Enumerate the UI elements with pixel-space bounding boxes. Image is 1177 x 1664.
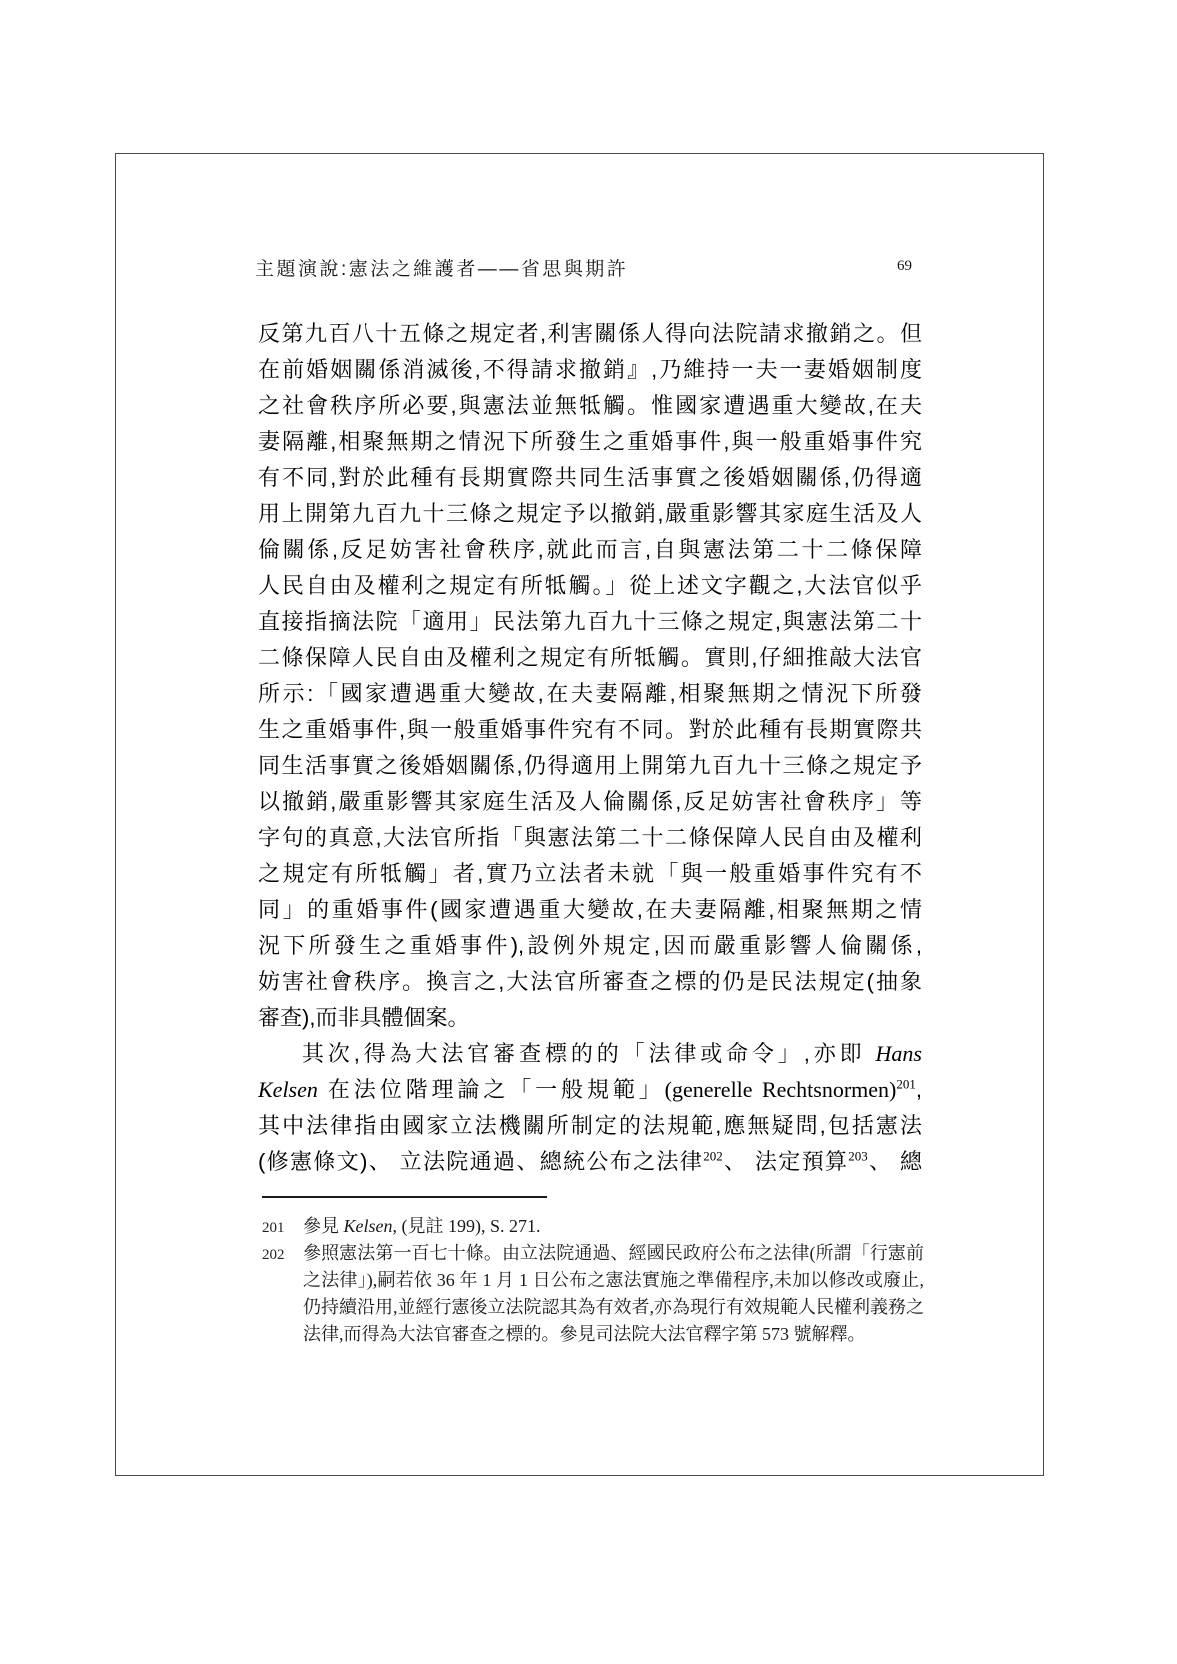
footnote-number: 201 bbox=[262, 1220, 303, 1237]
page-number: 69 bbox=[897, 258, 912, 275]
footnote-separator-rule bbox=[262, 1196, 547, 1198]
footnote-ref-202: 202 bbox=[703, 1149, 723, 1164]
footnote-ref-203: 203 bbox=[848, 1149, 868, 1164]
body-line: 同」的重婚事件(國家遭遇重大變故,在夫妻隔離,相聚無期之情 bbox=[258, 892, 922, 928]
footnote-number: 202 bbox=[262, 1247, 303, 1264]
body-line: 生之重婚事件,與一般重婚事件究有不同。對於此種有長期實際共 bbox=[258, 712, 922, 748]
body-line: 直接指摘法院「適用」民法第九百九十三條之規定,與憲法第二十 bbox=[258, 604, 922, 640]
body-line: 同生活事實之後婚姻關係,仍得適用上開第九百九十三條之規定予 bbox=[258, 748, 922, 784]
latin-name-kelsen: Kelsen bbox=[258, 1077, 318, 1102]
body-line: 在前婚姻關係消滅後,不得請求撤銷』,乃維持一夫一妻婚姻制度 bbox=[258, 352, 922, 388]
body-line: 況下所發生之重婚事件),設例外規定,因而嚴重影響人倫關係, bbox=[258, 928, 922, 964]
body-line: 妻隔離,相聚無期之情況下所發生之重婚事件,與一般重婚事件究 bbox=[258, 424, 922, 460]
body-line: 字句的真意,大法官所指「與憲法第二十二條保障人民自由及權利 bbox=[258, 820, 922, 856]
footnote-text-segment: , (見註 199), S. 271. bbox=[393, 1216, 541, 1236]
footnotes-block: 201 參見 Kelsen, (見註 199), S. 271. 202 參照憲… bbox=[262, 1213, 924, 1348]
footnote-201: 201 參見 Kelsen, (見註 199), S. 271. bbox=[262, 1213, 924, 1240]
body-line: 有不同,對於此種有長期實際共同生活事實之後婚姻關係,仍得適 bbox=[258, 460, 922, 496]
body-line: Kelsen 在法位階理論之「一般規範」(generelle Rechtsnor… bbox=[258, 1072, 922, 1108]
body-line: 以撤銷,嚴重影響其家庭生活及人倫關係,反足妨害社會秩序」等 bbox=[258, 784, 922, 820]
body-text-block: 反第九百八十五條之規定者,利害關係人得向法院請求撤銷之。但 在前婚姻關係消滅後,… bbox=[258, 316, 922, 1180]
body-line: (修憲條文)、 立法院通過、總統公布之法律202、 法定預算203、 總 bbox=[258, 1144, 922, 1180]
body-line-paragraph2-start: 其次,得為大法官審查標的的「法律或命令」,亦即 Hans bbox=[258, 1036, 922, 1072]
body-line: 其中法律指由國家立法機關所制定的法規範,應無疑問,包括憲法 bbox=[258, 1108, 922, 1144]
body-line: 人民自由及權利之規定有所牴觸。」從上述文字觀之,大法官似乎 bbox=[258, 568, 922, 604]
footnote-202: 202 參照憲法第一百七十條。由立法院通過、經國民政府公布之法律(所謂「行憲前之… bbox=[262, 1240, 924, 1348]
body-line: 之規定有所牴觸」者,實乃立法者未就「與一般重婚事件究有不 bbox=[258, 856, 922, 892]
body-line: 倫關係,反足妨害社會秩序,就此而言,自與憲法第二十二條保障 bbox=[258, 532, 922, 568]
body-text-segment: , bbox=[916, 1077, 922, 1102]
body-text-segment: 、 總 bbox=[868, 1149, 922, 1174]
footnote-ref-201: 201 bbox=[896, 1077, 916, 1092]
latin-term-generelle-rechtsnormen: (generelle Rechtsnormen) bbox=[665, 1077, 897, 1102]
body-text-segment: 在法位階理論之「一般規範」 bbox=[318, 1077, 665, 1102]
page-header-title: 主題演說:憲法之維護者——省思與期許 bbox=[255, 254, 628, 281]
body-text-segment: 其次,得為大法官審查標的的「法律或命令」,亦即 bbox=[302, 1041, 876, 1066]
footnote-text: 參見 Kelsen, (見註 199), S. 271. bbox=[303, 1213, 924, 1240]
latin-name-hans: Hans bbox=[876, 1041, 922, 1066]
body-line: 二條保障人民自由及權利之規定有所牴觸。實則,仔細推敲大法官 bbox=[258, 640, 922, 676]
body-line-paragraph-end: 審查),而非具體個案。 bbox=[258, 1000, 922, 1036]
body-line: 所示:「國家遭遇重大變故,在夫妻隔離,相聚無期之情況下所發 bbox=[258, 676, 922, 712]
footnote-text-segment: 參見 bbox=[303, 1216, 344, 1236]
body-line: 妨害社會秩序。換言之,大法官所審查之標的仍是民法規定(抽象 bbox=[258, 964, 922, 1000]
body-line: 反第九百八十五條之規定者,利害關係人得向法院請求撤銷之。但 bbox=[258, 316, 922, 352]
footnote-text: 參照憲法第一百七十條。由立法院通過、經國民政府公布之法律(所謂「行憲前之法律」)… bbox=[303, 1240, 924, 1348]
body-text-segment: 、 法定預算 bbox=[723, 1149, 849, 1174]
latin-name-kelsen: Kelsen bbox=[344, 1216, 393, 1236]
body-line: 用上開第九百九十三條之規定予以撤銷,嚴重影響其家庭生活及人 bbox=[258, 496, 922, 532]
body-text-segment: (修憲條文)、 立法院通過、總統公布之法律 bbox=[258, 1149, 703, 1174]
body-line: 之社會秩序所必要,與憲法並無牴觸。惟國家遭遇重大變故,在夫 bbox=[258, 388, 922, 424]
